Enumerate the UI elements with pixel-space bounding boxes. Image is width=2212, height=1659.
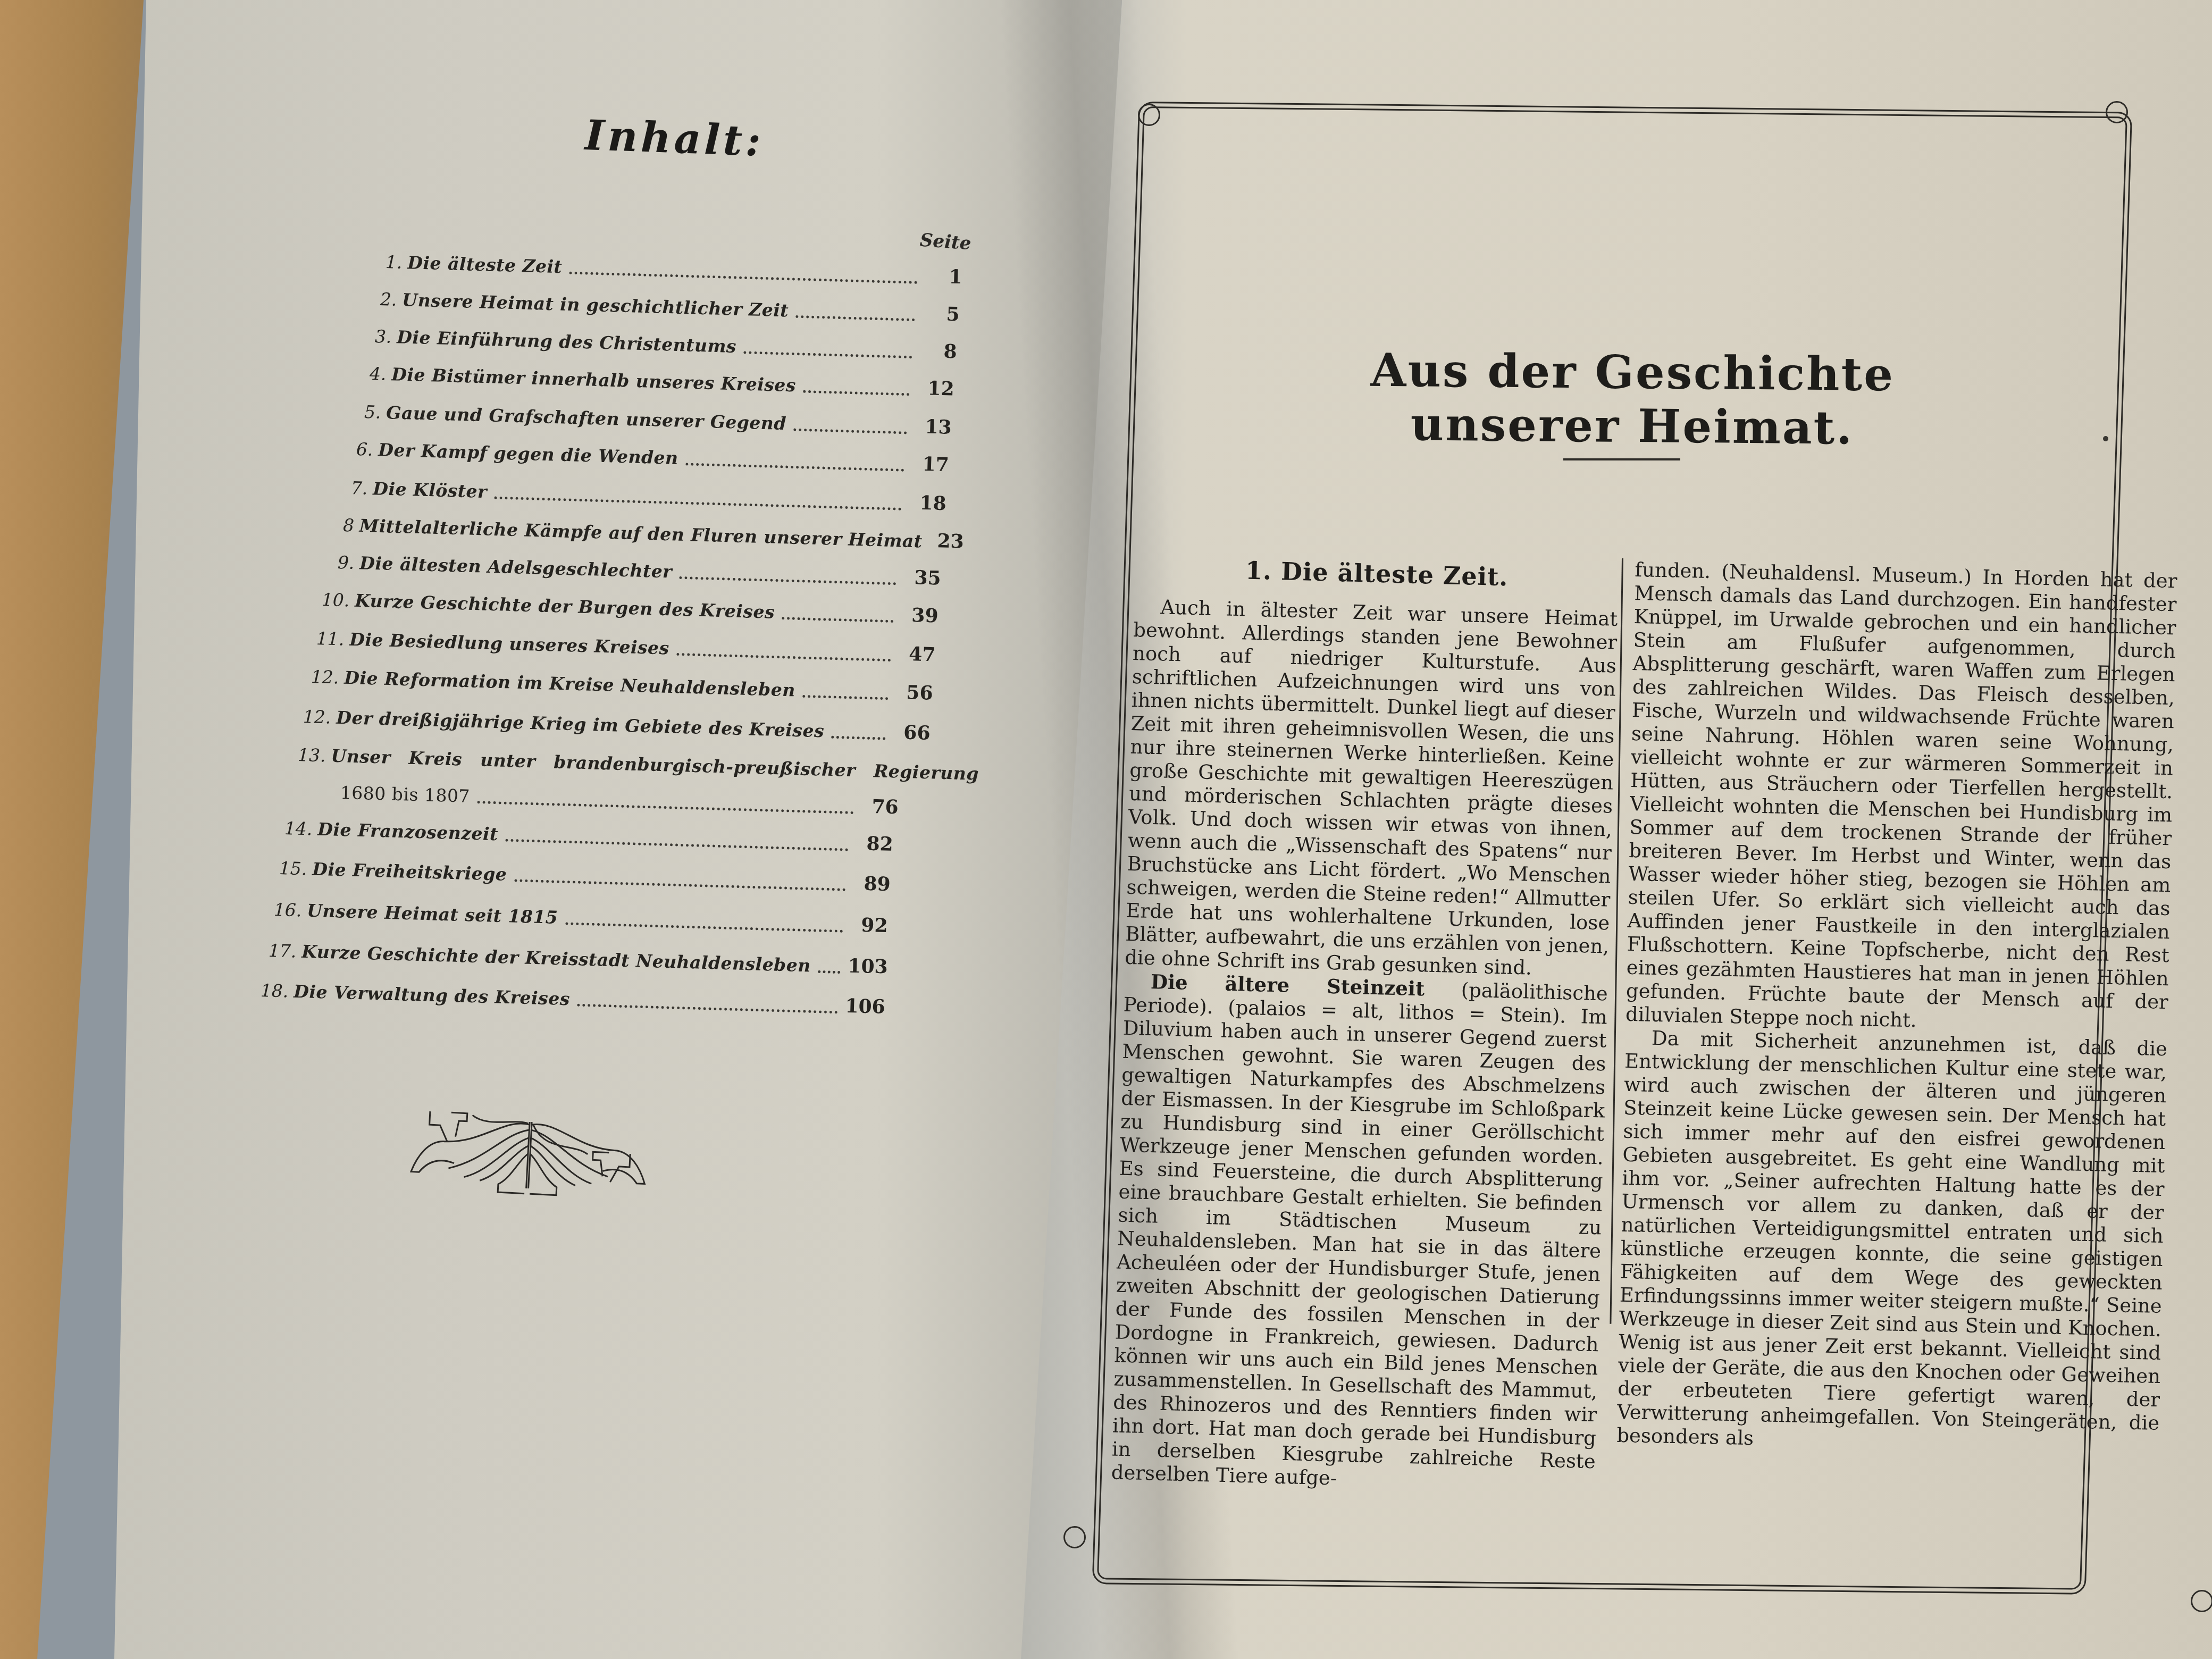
- toc-entry-number: 12.: [303, 706, 331, 727]
- toc-entry[interactable]: 18. Die Verwaltung des Kreises 106: [260, 978, 883, 1018]
- toc-entry[interactable]: 8 Mittelalterliche Kämpfe auf den Fluren…: [342, 513, 944, 552]
- toc-entry[interactable]: 1. Die älteste Zeit 1: [385, 250, 962, 288]
- toc-entry-label: Unser Kreis unter brandenburgisch-preußi…: [331, 745, 979, 784]
- toc-entry-page: 103: [848, 954, 885, 978]
- toc-entry-page: 106: [845, 995, 883, 1018]
- text-column-right: funden. (Neuhaldensl. Museum.) In Horden…: [1616, 558, 2177, 1459]
- leader-dots: [818, 970, 840, 974]
- table-of-contents: 1. Die älteste Zeit 1 2. Unsere Heimat i…: [0, 0, 1010, 1117]
- toc-entry-number: 12.: [311, 666, 339, 688]
- toc-entry-label: Die Franzosenzeit: [317, 819, 499, 844]
- border-corner-curl-icon: [1063, 1526, 1086, 1548]
- toc-entry-continuation[interactable]: 1680 bis 1807 76: [340, 781, 899, 818]
- toc-entry-label: Kurze Geschichte der Kreisstadt Neuhalde…: [301, 941, 811, 976]
- toc-entry-page: 35: [903, 566, 941, 590]
- toc-entry[interactable]: 10. Kurze Geschichte der Burgen des Krei…: [321, 588, 939, 627]
- toc-entry[interactable]: 9. Die ältesten Adelsgeschlechter 35: [337, 550, 941, 590]
- leader-dots: [803, 390, 910, 396]
- toc-entry-number: 1.: [385, 252, 403, 273]
- toc-entry[interactable]: 14. Die Franzosenzeit 82: [284, 816, 893, 856]
- toc-entry-page: 5: [922, 302, 960, 325]
- toc-entry-label: Kurze Geschichte der Burgen des Kreises: [355, 590, 775, 623]
- toc-entry[interactable]: 16. Unsere Heimat seit 1815 92: [273, 898, 888, 937]
- toc-entry-page: 18: [909, 491, 946, 515]
- toc-entry-number: 2.: [380, 289, 397, 310]
- toc-entry-number: 14.: [284, 818, 313, 839]
- toc-entry-number: 7.: [350, 477, 368, 499]
- toc-entry[interactable]: 4. Die Bistümer innerhalb unseres Kreise…: [369, 362, 954, 400]
- toc-entry-number: 10.: [321, 589, 350, 610]
- toc-entry-number: 4.: [369, 363, 387, 384]
- paragraph: Auch in ältester Zeit war unsere Heimat …: [1125, 595, 1618, 982]
- toc-entry-label: Die Einführung des Christentums: [397, 326, 737, 357]
- toc-entry-page: 17: [911, 453, 949, 476]
- toc-entry-label: Die Reformation im Kreise Neuhaldenslebe…: [344, 667, 795, 701]
- toc-entry-label: Mittelalterliche Kämpfe auf den Fluren u…: [359, 515, 923, 552]
- toc-entry-label-continuation: 1680 bis 1807: [340, 782, 470, 807]
- leader-dots: [495, 497, 902, 510]
- leader-dots: [832, 736, 886, 740]
- toc-entry-number: 17.: [268, 940, 297, 961]
- toc-entry-page: 8: [919, 340, 957, 363]
- toc-entry-label: Die älteste Zeit: [407, 252, 563, 277]
- toc-entry-number: 8: [342, 515, 354, 536]
- toc-entry-label: Die Bistümer innerhalb unseres Kreises: [391, 364, 797, 396]
- toc-entry-number: 11.: [316, 628, 345, 649]
- toc-entry-number: 13.: [297, 744, 326, 766]
- toc-entry[interactable]: 2. Unsere Heimat in geschichtlicher Zeit…: [380, 287, 960, 325]
- leader-dots: [676, 653, 891, 661]
- leader-dots: [680, 576, 896, 585]
- toc-entry[interactable]: 17. Kurze Geschichte der Kreisstadt Neuh…: [268, 939, 885, 978]
- toc-entry-label: Unsere Heimat in geschichtlicher Zeit: [402, 289, 789, 321]
- toc-entry-number: 3.: [374, 326, 392, 347]
- toc-entry-page: 39: [901, 604, 939, 627]
- toc-entry[interactable]: 13. Unser Kreis unter brandenburgisch-pr…: [297, 744, 861, 781]
- leader-dots: [685, 463, 904, 471]
- toc-entry-label: Gaue und Grafschaften unserer Gegend: [386, 402, 787, 434]
- toc-entry-label: Die Verwaltung des Kreises: [294, 981, 570, 1009]
- toc-entry-label: Die Freiheitskriege: [312, 859, 507, 885]
- margin-dot: [2103, 436, 2108, 441]
- toc-entry-page: 56: [895, 681, 933, 705]
- toc-entry[interactable]: 15. Die Freiheitskriege 89: [279, 856, 891, 895]
- toc-entry-label: Die ältesten Adelsgeschlechter: [359, 552, 673, 582]
- leader-dots: [514, 879, 845, 891]
- paragraph: Da mit Sicherheit anzunehmen ist, daß di…: [1616, 1026, 2167, 1459]
- paragraph-body: (paläolithische Periode). (palaios = alt…: [1111, 978, 1608, 1490]
- toc-entry-page: 1: [925, 265, 962, 288]
- toc-entry[interactable]: 3. Die Einführung des Christentums 8: [374, 324, 957, 363]
- toc-entry-page: 92: [850, 914, 888, 937]
- toc-entry-page: 47: [898, 643, 936, 666]
- toc-entry-number: 6.: [356, 439, 373, 460]
- border-corner-curl-icon: [1138, 104, 1160, 126]
- paragraph: Die ältere Steinzeit (paläolithische Per…: [1111, 969, 1608, 1497]
- border-corner-curl-icon: [2191, 1590, 2212, 1612]
- leader-dots: [477, 801, 854, 814]
- toc-entry-number: 15.: [279, 858, 307, 879]
- leader-dots: [782, 617, 894, 623]
- leader-dots: [796, 315, 915, 321]
- ornament-vignette-icon: [405, 1102, 653, 1205]
- toc-entry-page: 12: [917, 377, 954, 400]
- text-column-left: 1. Die älteste Zeit. Auch in ältester Ze…: [1111, 556, 1619, 1497]
- toc-entry[interactable]: 5. Gaue und Grafschaften unserer Gegend …: [364, 400, 952, 439]
- leader-dots: [577, 1004, 837, 1014]
- toc-entry-number: 5.: [364, 401, 381, 423]
- toc-entry[interactable]: 11. Die Besiedlung unseres Kreises 47: [316, 626, 936, 666]
- toc-entry[interactable]: 7. Die Klöster 18: [350, 476, 946, 515]
- toc-entry-page: 13: [914, 415, 952, 439]
- toc-entry-label: Der Kampf gegen die Wenden: [378, 439, 678, 468]
- leader-dots: [794, 429, 907, 434]
- toc-entry-number: 16.: [273, 899, 302, 920]
- toc-entry-label: Der dreißigjährige Krieg im Gebiete des …: [336, 707, 825, 742]
- toc-entry-number: 9.: [337, 552, 355, 573]
- toc-entry[interactable]: 12. Der dreißigjährige Krieg im Gebiete …: [303, 705, 931, 744]
- leader-dots: [744, 351, 912, 358]
- toc-entry[interactable]: 6. Der Kampf gegen die Wenden 17: [356, 437, 949, 476]
- toc-entry-page: 23: [937, 530, 964, 552]
- toc-entry-label: Die Klöster: [373, 478, 488, 502]
- toc-entry-label: Die Besiedlung unseres Kreises: [349, 629, 669, 659]
- leader-dots: [505, 839, 848, 851]
- toc-entry[interactable]: 12. Die Reformation im Kreise Neuhaldens…: [311, 665, 933, 705]
- leader-dots: [565, 922, 843, 933]
- toc-entry-page: 89: [853, 872, 891, 895]
- toc-entry-page: 82: [856, 832, 893, 856]
- paragraph: funden. (Neuhaldensl. Museum.) In Horden…: [1626, 558, 2177, 1037]
- page-title: Aus der Geschichte unserer Heimat.: [1281, 342, 1984, 456]
- toc-entry-label: Unsere Heimat seit 1815: [307, 900, 558, 928]
- toc-entry-page: 76: [861, 795, 899, 818]
- toc-entry-number: 18.: [260, 980, 289, 1001]
- border-corner-curl-icon: [2106, 101, 2128, 123]
- leader-dots: [569, 272, 917, 284]
- leader-dots: [802, 695, 888, 700]
- toc-entry-page: 66: [893, 721, 931, 744]
- title-divider: [1563, 458, 1680, 460]
